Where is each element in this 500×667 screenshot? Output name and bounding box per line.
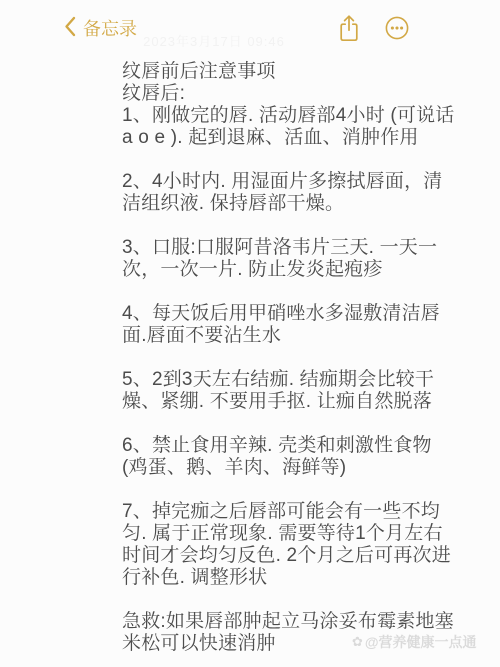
note-paragraph: 6、禁止食用辛辣. 壳类和刺激性食物 (鸡蛋、鹅、羊肉、海鲜等) (122, 435, 494, 479)
note-content[interactable]: 纹唇前后注意事项 纹唇后: 1、刚做完的唇. 活动唇部4小时 (可说话 a o … (122, 61, 494, 655)
share-icon (337, 14, 361, 44)
more-button[interactable] (385, 16, 409, 40)
note-paragraph: 5、2到3天左右结痂. 结痂期会比较干 燥、紧绷. 不要用手抠. 让痂自然脱落 (122, 369, 494, 413)
note-paragraph: 7、掉完痂之后唇部可能会有一些不均 匀. 属于正常现象. 需要等待1个月左右 时… (122, 501, 494, 589)
note-paragraph: 3、口服:口服阿昔洛韦片三天. 一天一 次，一次一片. 防止发炎起疱疹 (122, 237, 494, 281)
note-paragraph: 2、4小时内. 用湿面片多擦拭唇面，清 洁组织液. 保持唇部干燥。 (122, 171, 494, 215)
note-paragraph: 4、每天饭后用甲硝唑水多湿敷清洁唇 面.唇面不要沾生水 (122, 303, 494, 347)
share-button[interactable] (337, 14, 361, 44)
note-paragraph: 纹唇前后注意事项 纹唇后: 1、刚做完的唇. 活动唇部4小时 (可说话 a o … (122, 61, 494, 149)
notes-app-screen: 备忘录 2023年3月17日 09:46 纹唇前后注意事项 (0, 0, 500, 667)
nav-bar: 备忘录 (0, 0, 500, 52)
note-paragraph: 急救:如果唇部肿起立马涂妥布霉素地塞 米松可以快速消肿 (122, 611, 494, 655)
nav-actions (0, 0, 500, 52)
ellipsis-icon (385, 16, 409, 40)
